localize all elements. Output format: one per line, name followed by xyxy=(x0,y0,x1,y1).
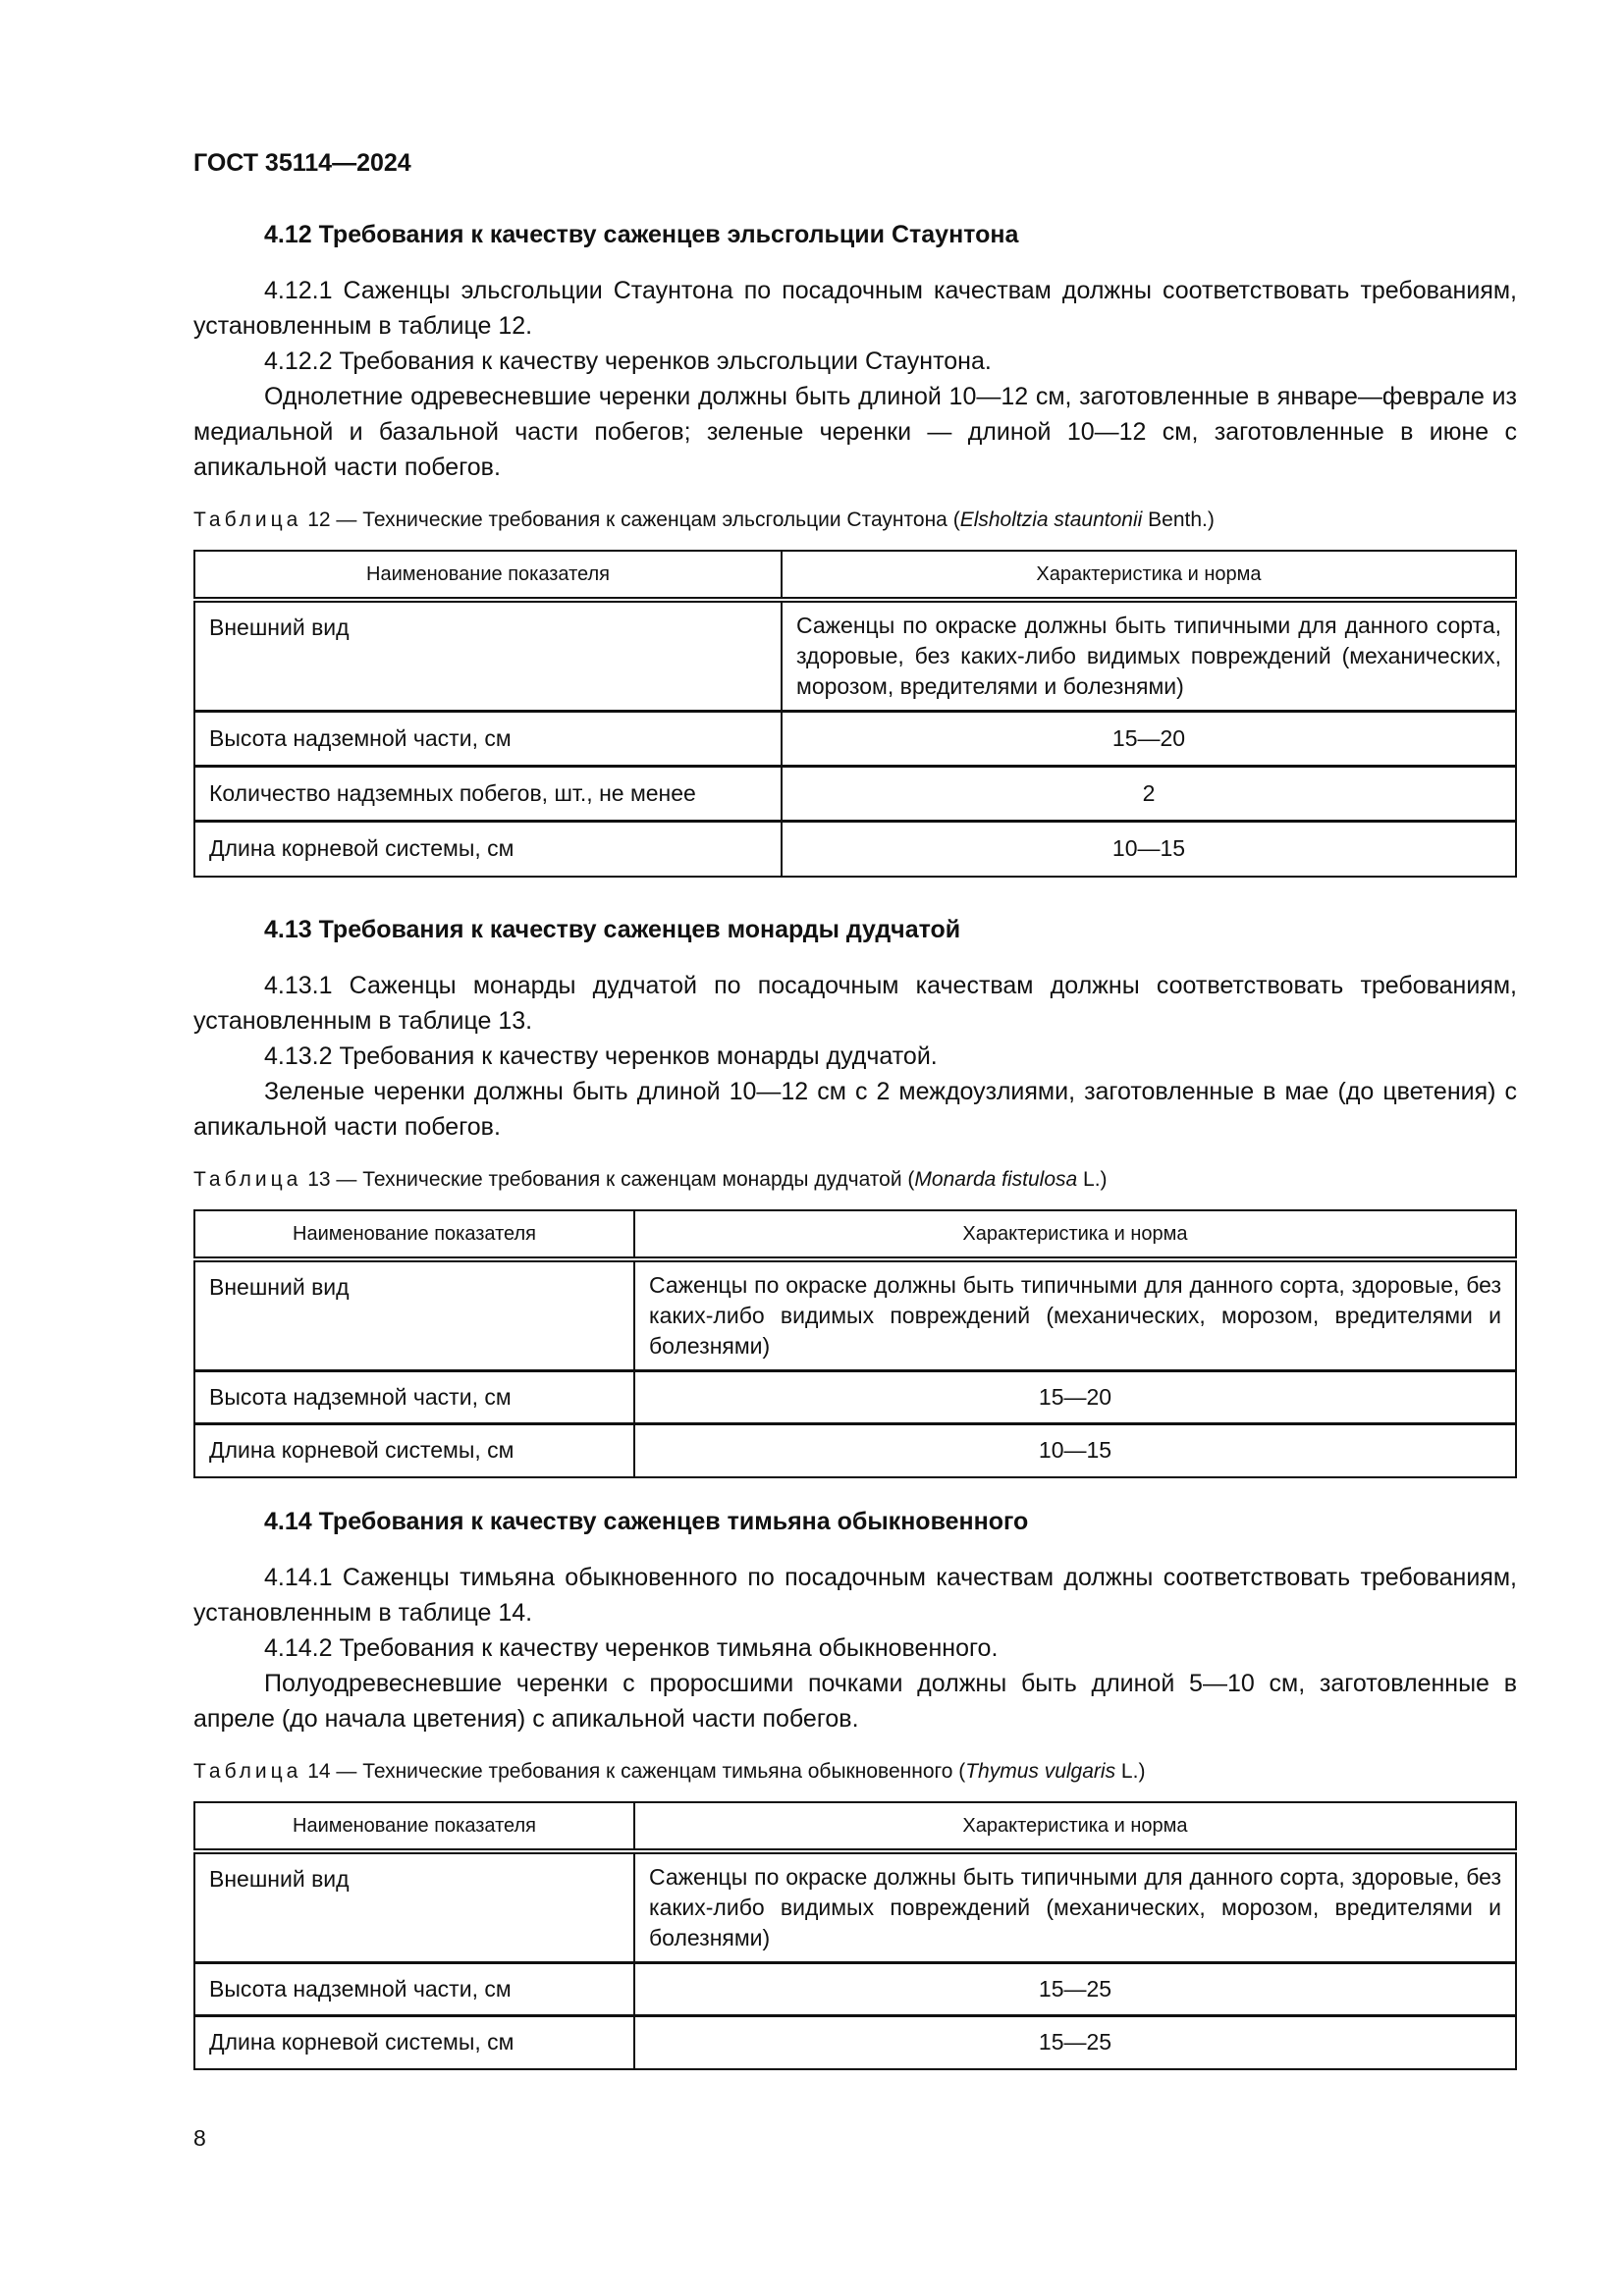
row-label: Внешний вид xyxy=(194,1851,634,1963)
caption-label: Таблица xyxy=(193,1760,301,1783)
paragraph: Полуодревесневшие черенки с проросшими п… xyxy=(193,1666,1517,1736)
caption-latin: Thymus vulgaris xyxy=(965,1760,1115,1783)
row-label: Внешний вид xyxy=(194,1259,634,1371)
table-row: Количество надземных побегов, шт., не ме… xyxy=(194,767,1516,822)
table-row: Длина корневой системы, см 10—15 xyxy=(194,822,1516,877)
column-header: Наименование показателя xyxy=(194,551,782,600)
row-value: Саженцы по окраске должны быть типичными… xyxy=(634,1851,1516,1963)
section-4-12: 4.12 Требования к качеству саженцев эльс… xyxy=(193,218,1517,878)
row-label: Длина корневой системы, см xyxy=(194,822,782,877)
table-caption: Таблица 13 — Технические требования к са… xyxy=(193,1166,1517,1194)
caption-latin: Monarda fistulosa xyxy=(914,1168,1077,1191)
page-number: 8 xyxy=(193,2125,206,2152)
table-14: Наименование показателя Характеристика и… xyxy=(193,1801,1517,2070)
column-header: Характеристика и норма xyxy=(634,1210,1516,1259)
column-header: Характеристика и норма xyxy=(782,551,1516,600)
paragraph: 4.13.2 Требования к качеству черенков мо… xyxy=(193,1039,1517,1074)
row-value: 15—25 xyxy=(634,1963,1516,2016)
row-value: 10—15 xyxy=(782,822,1516,877)
table-row: Длина корневой системы, см 15—25 xyxy=(194,2016,1516,2069)
table-row: Высота надземной части, см 15—20 xyxy=(194,712,1516,767)
paragraph: 4.14.1 Саженцы тимьяна обыкновенного по … xyxy=(193,1560,1517,1630)
section-heading: 4.14 Требования к качеству саженцев тимь… xyxy=(193,1505,1517,1538)
table-row: Внешний вид Саженцы по окраске должны бы… xyxy=(194,600,1516,712)
row-value: 15—25 xyxy=(634,2016,1516,2069)
caption-label: Таблица xyxy=(193,508,301,531)
caption-text: — Технические требования к саженцам эльс… xyxy=(331,508,960,531)
caption-number: 12 xyxy=(307,508,330,531)
row-label: Внешний вид xyxy=(194,600,782,712)
row-label: Высота надземной части, см xyxy=(194,1963,634,2016)
table-12: Наименование показателя Характеристика и… xyxy=(193,550,1517,878)
row-value: 2 xyxy=(782,767,1516,822)
caption-label: Таблица xyxy=(193,1168,301,1191)
paragraph: 4.13.1 Саженцы монарды дудчатой по посад… xyxy=(193,968,1517,1039)
document-code: ГОСТ 35114—2024 xyxy=(193,149,411,178)
row-value: 15—20 xyxy=(782,712,1516,767)
caption-latin: Elsholtzia stauntonii xyxy=(960,508,1143,531)
caption-text: — Технические требования к саженцам мона… xyxy=(331,1168,915,1191)
row-value: Саженцы по окраске должны быть типичными… xyxy=(782,600,1516,712)
section-heading: 4.13 Требования к качеству саженцев мона… xyxy=(193,913,1517,946)
row-label: Длина корневой системы, см xyxy=(194,1424,634,1477)
column-header: Наименование показателя xyxy=(194,1802,634,1851)
caption-number: 13 xyxy=(307,1168,330,1191)
table-row: Внешний вид Саженцы по окраске должны бы… xyxy=(194,1851,1516,1963)
paragraph: 4.14.2 Требования к качеству черенков ти… xyxy=(193,1630,1517,1666)
caption-text: — Технические требования к саженцам тимь… xyxy=(331,1760,966,1783)
section-heading: 4.12 Требования к качеству саженцев эльс… xyxy=(193,218,1517,251)
table-row: Высота надземной части, см 15—20 xyxy=(194,1371,1516,1424)
caption-author: Benth.) xyxy=(1142,508,1215,531)
row-value: 15—20 xyxy=(634,1371,1516,1424)
paragraph: 4.12.1 Саженцы эльсгольции Стаунтона по … xyxy=(193,273,1517,344)
row-value: 10—15 xyxy=(634,1424,1516,1477)
caption-author: L.) xyxy=(1077,1168,1107,1191)
paragraph: Однолетние одревесневшие черенки должны … xyxy=(193,379,1517,485)
row-label: Длина корневой системы, см xyxy=(194,2016,634,2069)
row-label: Количество надземных побегов, шт., не ме… xyxy=(194,767,782,822)
paragraph: 4.12.2 Требования к качеству черенков эл… xyxy=(193,344,1517,379)
table-row: Высота надземной части, см 15—25 xyxy=(194,1963,1516,2016)
caption-author: L.) xyxy=(1115,1760,1145,1783)
column-header: Наименование показателя xyxy=(194,1210,634,1259)
table-caption: Таблица 14 — Технические требования к са… xyxy=(193,1758,1517,1786)
table-13: Наименование показателя Характеристика и… xyxy=(193,1209,1517,1478)
caption-number: 14 xyxy=(307,1760,330,1783)
section-4-14: 4.14 Требования к качеству саженцев тимь… xyxy=(193,1505,1517,2070)
row-value: Саженцы по окраске должны быть типичными… xyxy=(634,1259,1516,1371)
column-header: Характеристика и норма xyxy=(634,1802,1516,1851)
row-label: Высота надземной части, см xyxy=(194,712,782,767)
section-4-13: 4.13 Требования к качеству саженцев мона… xyxy=(193,913,1517,1478)
table-row: Внешний вид Саженцы по окраске должны бы… xyxy=(194,1259,1516,1371)
table-caption: Таблица 12 — Технические требования к са… xyxy=(193,507,1517,534)
table-row: Длина корневой системы, см 10—15 xyxy=(194,1424,1516,1477)
paragraph: Зеленые черенки должны быть длиной 10—12… xyxy=(193,1074,1517,1145)
row-label: Высота надземной части, см xyxy=(194,1371,634,1424)
